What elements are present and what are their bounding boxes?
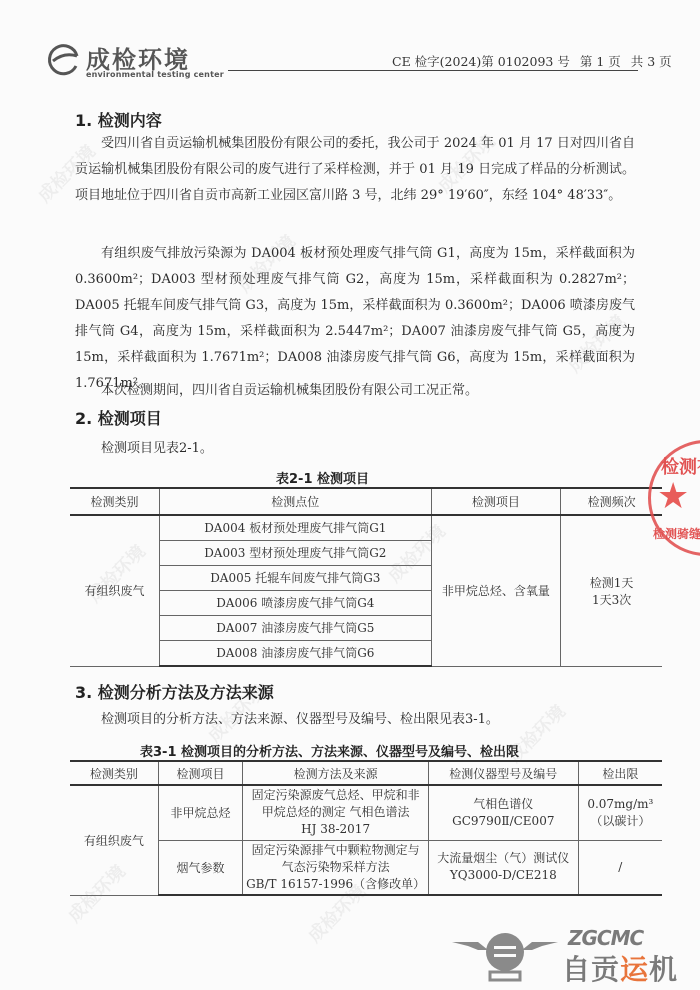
zgcmc-cn: 自贡运机 xyxy=(562,948,678,988)
limit-cell: 0.07mg/m³ （以碳计） xyxy=(578,785,662,840)
zgcmc-emblem-icon xyxy=(450,928,560,984)
instrument-cell: 大流量烟尘（气）测试仪 YQ3000-D/CE218 xyxy=(428,840,578,895)
limit-line: / xyxy=(581,860,660,874)
zgcmc-cn-c: 机 xyxy=(649,953,678,986)
table-row: 有组织废气 非甲烷总烃 固定污染源废气总烃、甲烷和非 甲烷总烃的测定 气相色谱法… xyxy=(70,785,662,840)
col-header: 检测仪器型号及编号 xyxy=(428,761,578,785)
method-line: GB/T 16157-1996（含修改单） xyxy=(245,876,426,893)
point-cell: DA005 托辊车间废气排气筒G3 xyxy=(159,565,431,590)
limit-line: （以碳计） xyxy=(581,813,660,830)
page-current: 第 1 页 xyxy=(580,54,621,69)
method-cell: 固定污染源排气中颗粒物测定与 气态污染物采样方法 GB/T 16157-1996… xyxy=(243,840,429,895)
section-1-para-1: 受四川省自贡运输机械集团股份有限公司的委托，我公司于 2024 年 01 月 1… xyxy=(75,131,635,209)
col-header: 检测方法及来源 xyxy=(243,761,429,785)
point-cell: DA008 油漆房废气排气筒G6 xyxy=(159,640,431,666)
instrument-cell: 气相色谱仪 GC9790Ⅱ/CE007 xyxy=(428,785,578,840)
instrument-line: 气相色谱仪 xyxy=(431,796,576,813)
method-cell: 固定污染源废气总烃、甲烷和非 甲烷总烃的测定 气相色谱法 HJ 38-2017 xyxy=(243,785,429,840)
col-header: 检测点位 xyxy=(159,488,431,515)
col-header: 检出限 xyxy=(578,761,662,785)
point-cell: DA003 型材预处理废气排气筒G2 xyxy=(159,540,431,565)
limit-cell: / xyxy=(578,840,662,895)
point-cell: DA007 油漆房废气排气筒G5 xyxy=(159,615,431,640)
report-number: CE 检字(2024)第 0102093 号 第 1 页 共 3 页 xyxy=(392,52,678,70)
section-3-title: 3. 检测分析方法及方法来源 xyxy=(75,680,274,703)
item-cell: 烟气参数 xyxy=(158,840,242,895)
point-cell: DA004 板材预处理废气排气筒G1 xyxy=(159,515,431,540)
table-3-1-caption: 表3-1 检测项目的分析方法、方法来源、仪器型号及编号、检出限 xyxy=(140,741,519,760)
instrument-line: 大流量烟尘（气）测试仪 xyxy=(431,850,576,867)
zgcmc-en: ZGCMC xyxy=(568,926,643,950)
logo-en: environmental testing center xyxy=(86,70,224,79)
instrument-line: GC9790Ⅱ/CE007 xyxy=(431,813,576,830)
star-icon: ★ xyxy=(657,479,689,515)
table-2-1: 检测类别 检测点位 检测项目 检测频次 有组织废气 DA004 板材预处理废气排… xyxy=(70,487,662,667)
page-total: 共 3 页 xyxy=(631,54,672,69)
method-line: 固定污染源排气中颗粒物测定与 xyxy=(245,842,426,859)
section-1-para-2: 有组织废气排放污染源为 DA004 板材预处理废气排气筒 G1，高度为 15m，… xyxy=(75,241,635,397)
col-header: 检测项目 xyxy=(431,488,561,515)
official-seal: 检测有 ★ 检测骑缝 xyxy=(648,440,700,556)
zgcmc-logo: ZGCMC 自贡运机 xyxy=(450,918,700,990)
logo-e-icon xyxy=(46,42,82,78)
section-1-para-3: 本次检测期间，四川省自贡运输机械集团股份有限公司工况正常。 xyxy=(75,378,635,404)
zgcmc-cn-a: 自贡 xyxy=(562,953,620,986)
section-2-para: 检测项目见表2-1。 xyxy=(75,436,635,462)
col-header: 检测类别 xyxy=(70,761,158,785)
method-line: HJ 38-2017 xyxy=(245,821,426,838)
col-header: 检测项目 xyxy=(158,761,242,785)
section-2-title: 2. 检测项目 xyxy=(75,406,162,429)
frequency-line-1: 检测1天 xyxy=(563,574,660,591)
table-3-1: 检测类别 检测项目 检测方法及来源 检测仪器型号及编号 检出限 有组织废气 非甲… xyxy=(70,760,662,896)
items-cell: 非甲烷总烃、含氧量 xyxy=(431,515,561,666)
item-cell: 非甲烷总烃 xyxy=(158,785,242,840)
section-3-para: 检测项目的分析方法、方法来源、仪器型号及编号、检出限见表3-1。 xyxy=(75,707,635,733)
category-cell: 有组织废气 xyxy=(70,785,158,895)
zgcmc-cn-accent: 运 xyxy=(620,953,649,986)
seal-text-bottom: 检测骑缝 xyxy=(653,525,700,542)
method-line: 固定污染源废气总烃、甲烷和非 xyxy=(245,787,426,804)
category-cell: 有组织废气 xyxy=(70,515,159,666)
table-row: 烟气参数 固定污染源排气中颗粒物测定与 气态污染物采样方法 GB/T 16157… xyxy=(70,840,662,895)
instrument-line: YQ3000-D/CE218 xyxy=(431,867,576,884)
limit-line: 0.07mg/m³ xyxy=(581,796,660,813)
col-header: 检测类别 xyxy=(70,488,159,515)
col-header: 检测频次 xyxy=(561,488,662,515)
header-divider xyxy=(228,70,638,71)
point-cell: DA006 喷漆房废气排气筒G4 xyxy=(159,590,431,615)
method-line: 甲烷总烃的测定 气相色谱法 xyxy=(245,804,426,821)
company-logo: 成检环境 environmental testing center xyxy=(46,40,206,86)
method-line: 气态污染物采样方法 xyxy=(245,859,426,876)
frequency-line-2: 1天3次 xyxy=(563,591,660,608)
frequency-cell: 检测1天 1天3次 xyxy=(561,515,662,666)
table-row: 有组织废气 DA004 板材预处理废气排气筒G1 非甲烷总烃、含氧量 检测1天 … xyxy=(70,515,662,540)
report-prefix: CE 检字(2024)第 0102093 号 xyxy=(392,54,570,69)
table-2-1-caption: 表2-1 检测项目 xyxy=(276,468,369,487)
section-1-title: 1. 检测内容 xyxy=(75,108,162,131)
